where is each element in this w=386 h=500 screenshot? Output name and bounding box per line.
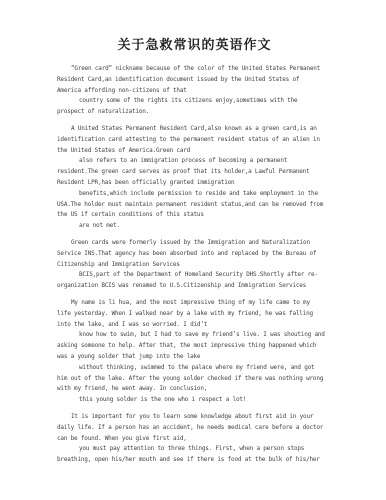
text-line: organization BCIS was renamed to U.S.Cit… bbox=[57, 281, 332, 292]
text-line: prospect of naturalization. bbox=[57, 107, 332, 118]
text-line: know how to swim, but I had to save my f… bbox=[57, 330, 332, 341]
text-line: the United States of America.Green card bbox=[57, 146, 332, 157]
text-line: him out of the lake. After the young sol… bbox=[57, 374, 332, 385]
document-page: 关于急救常识的英语作文 “Green card” nickname becaus… bbox=[0, 0, 386, 500]
text-line: identification card attesting to the per… bbox=[57, 135, 332, 146]
text-line: country some of the rights its citizens … bbox=[57, 96, 332, 107]
text-line: life yesterday. When I walked near by a … bbox=[57, 309, 332, 320]
document-body: “Green card” nickname because of the col… bbox=[57, 64, 332, 466]
text-line: you must pay attention to three things. … bbox=[57, 444, 332, 455]
paragraph: It is important for you to learn some kn… bbox=[57, 412, 332, 466]
paragraph: A United States Permanent Resident Card,… bbox=[57, 124, 332, 232]
text-line: the US if certain conditions of this sta… bbox=[57, 210, 332, 221]
text-line: can be found. When you give first aid, bbox=[57, 434, 332, 445]
text-line: without thinking, swimmed to the palace … bbox=[57, 363, 332, 374]
text-line: Citizenship and Immigration Services bbox=[57, 260, 332, 271]
document-title: 关于急救常识的英语作文 bbox=[57, 38, 332, 54]
text-line: was a young solder that jump into the la… bbox=[57, 352, 332, 363]
paragraph: Green cards were formerly issued by the … bbox=[57, 238, 332, 292]
text-line: BCIS,part of the Department of Homeland … bbox=[57, 270, 332, 281]
text-line: into the lake, and I was so worried. I d… bbox=[57, 320, 332, 331]
text-line: breathing, open his/her mouth and see if… bbox=[57, 455, 332, 466]
text-line: daily life. If a person has an accident,… bbox=[57, 423, 332, 434]
text-line: “Green card” nickname because of the col… bbox=[57, 64, 332, 75]
text-line: America affording non-citizens of that bbox=[57, 86, 332, 97]
paragraph: My name is li hua, and the most impressi… bbox=[57, 298, 332, 406]
text-line: asking someone to help. After that, the … bbox=[57, 341, 332, 352]
text-line: this young solder is the one who i respe… bbox=[57, 395, 332, 406]
text-line: benefits,which include permission to res… bbox=[57, 189, 332, 200]
text-line: also refers to an immigration process of… bbox=[57, 156, 332, 167]
text-line: Resident LPR,has been officially granted… bbox=[57, 178, 332, 189]
text-line: Resident Card,an identification document… bbox=[57, 75, 332, 86]
text-line: with my friend, he went away. In conclus… bbox=[57, 384, 332, 395]
text-line: My name is li hua, and the most impressi… bbox=[57, 298, 332, 309]
text-line: resident.The green card serves as proof … bbox=[57, 167, 332, 178]
paragraph: “Green card” nickname because of the col… bbox=[57, 64, 332, 118]
text-line: USA.The holder must maintain permanent r… bbox=[57, 200, 332, 211]
text-line: A United States Permanent Resident Card,… bbox=[57, 124, 332, 135]
text-line: It is important for you to learn some kn… bbox=[57, 412, 332, 423]
text-line: Green cards were formerly issued by the … bbox=[57, 238, 332, 249]
text-line: are not met. bbox=[57, 221, 332, 232]
text-line: Service INS.That agency has been absorbe… bbox=[57, 249, 332, 260]
